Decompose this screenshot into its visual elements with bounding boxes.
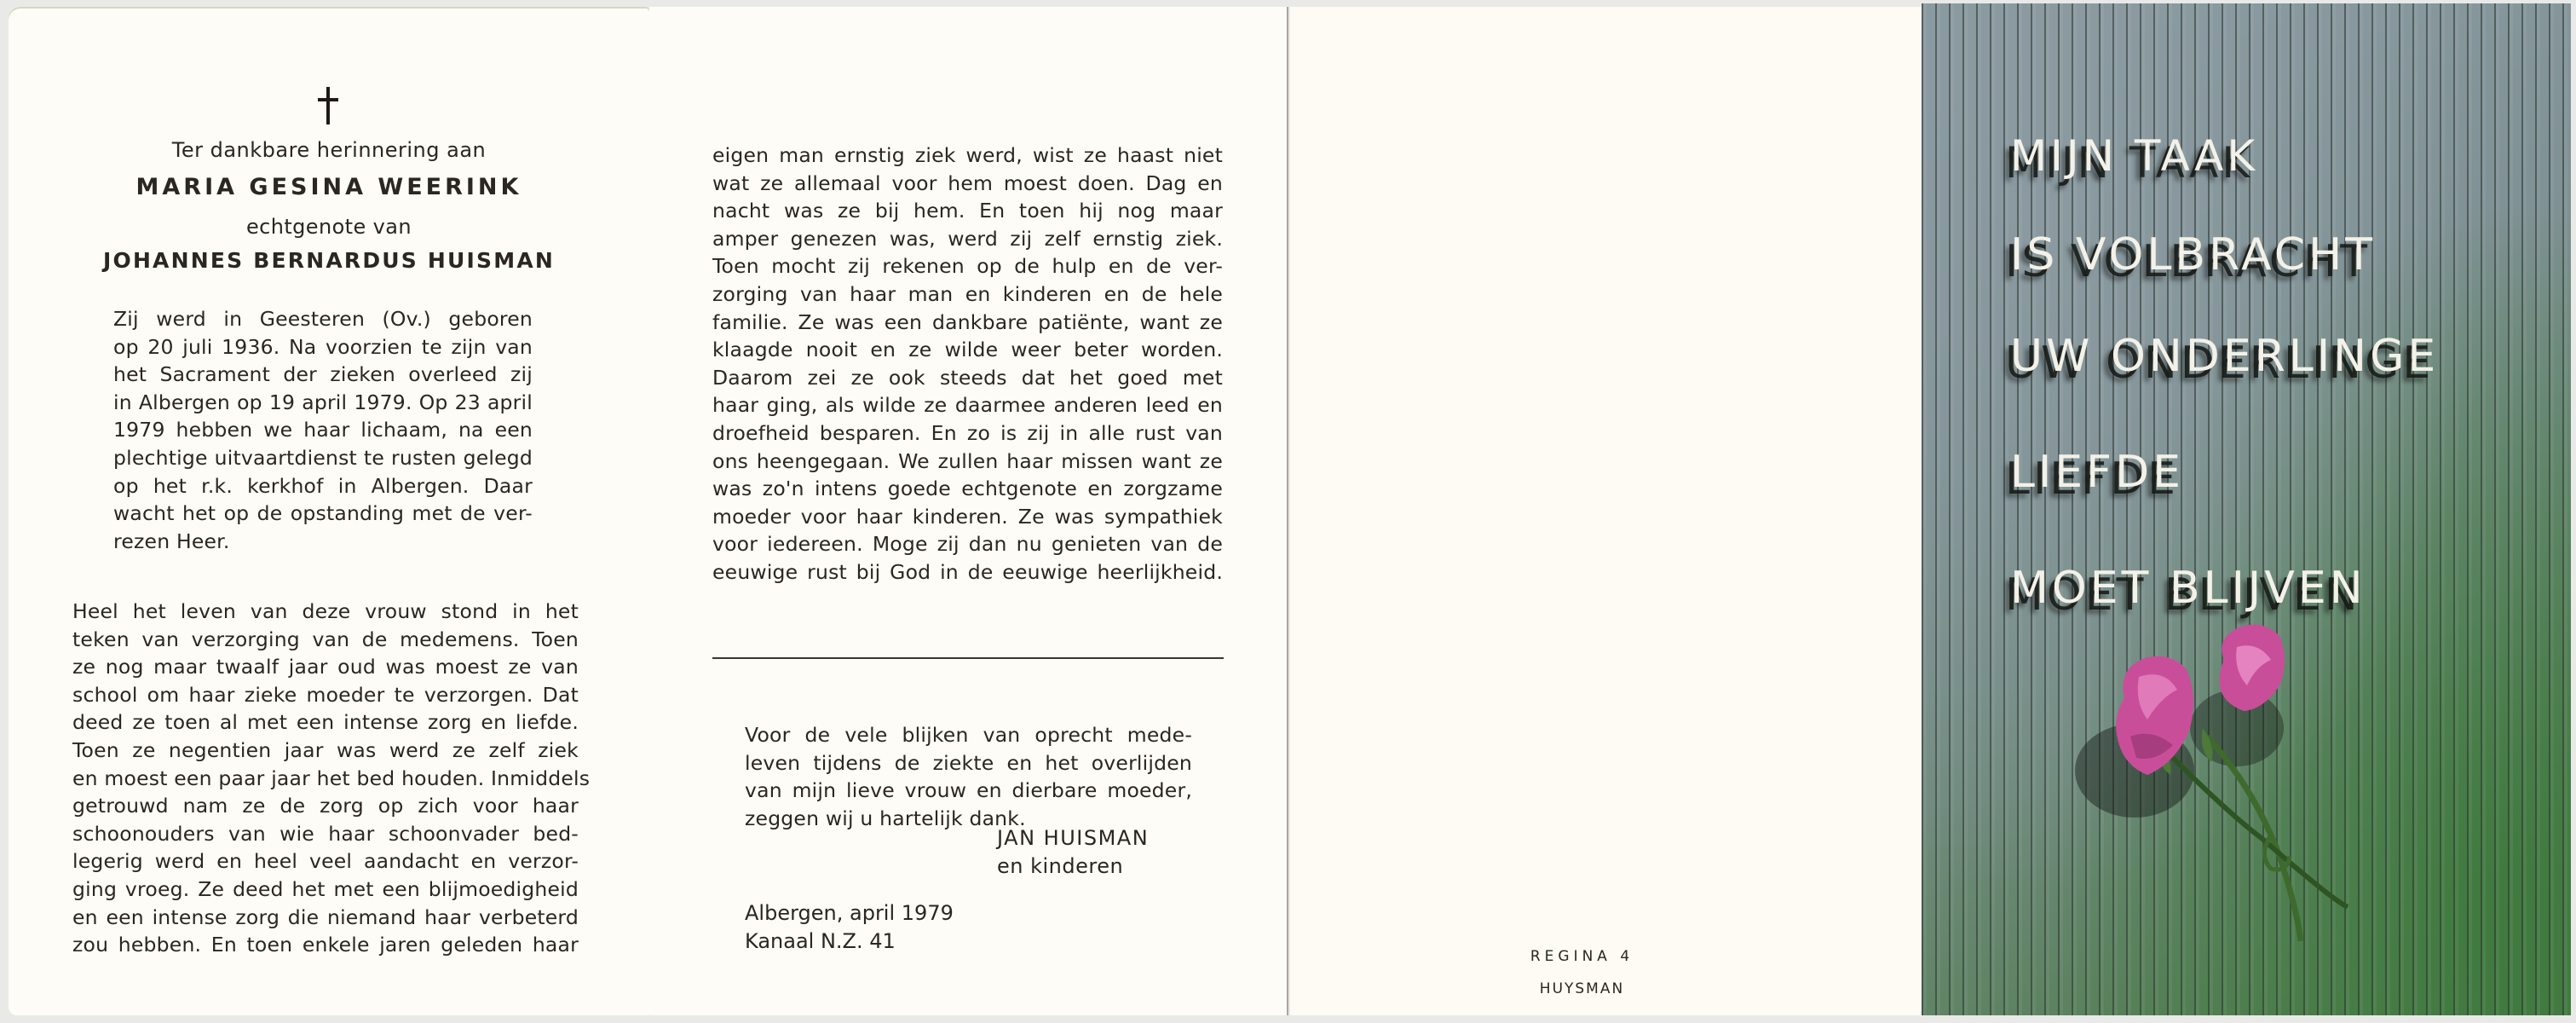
verse-line: LIEFDE [2010,447,2184,498]
text-line: amper genezen was, werd zij zelf ernstig… [712,225,1223,253]
card-panel-obituary: Ter dankbare herinnering aan MARIA GESIN… [9,7,649,1015]
text-line: ze nog maar twaalf jaar oud was moest ze… [72,653,579,681]
signoff: JAN HUISMAN en kinderen [997,824,1149,881]
spouse-name: JOHANNES BERNARDUS HUISMAN [9,248,649,273]
text-line: het Sacrament der zieken overleed zij [113,361,533,389]
divider-line [712,657,1224,659]
address: Kanaal N.Z. 41 [745,928,954,956]
text-line: Voor de vele blijken van oprecht mede- [745,721,1192,749]
place-and-address: Albergen, april 1979 Kanaal N.Z. 41 [745,899,954,956]
text-line: eeuwige rust bij God in de eeuwige heerl… [712,558,1223,587]
text-line: zou hebben. En toen enkele jaren geleden… [72,931,579,959]
card-panel-cover: MIJN TAAK IS VOLBRACHT UW ONDERLINGE LIE… [1922,3,2571,1015]
text-line: getrouwd nam ze de zorg op zich voor haa… [72,792,579,820]
verse-line: IS VOLBRACHT [2010,229,2376,280]
text-line: en moest een paar jaar het bed houden. I… [72,765,579,793]
life-story-paragraph: Heel het leven van deze vrouw stond in h… [72,598,579,959]
verse-line: MOET BLIJVEN [2010,563,2366,614]
text-line: moeder voor haar kinderen. Ze was sympat… [712,503,1223,531]
text-line: 1979 hebben we haar lichaam, na een [113,416,533,444]
text-line: wat ze allemaal voor hem moest doen. Dag… [712,170,1223,198]
text-line: teken van verzorging van de medemens. To… [72,626,579,654]
text-line: schoonouders van wie haar schoonvader be… [72,820,579,848]
text-line: familie. Ze was een dankbare patiënte, w… [712,309,1223,337]
deceased-name: MARIA GESINA WEERINK [9,174,649,200]
thanks-paragraph: Voor de vele blijken van oprecht mede- l… [745,721,1192,832]
text-line: haar ging, als wilde ze daarmee anderen … [712,391,1223,419]
text-line: Zij werd in Geesteren (Ov.) geboren [113,305,533,333]
biography-paragraph: Zij werd in Geesteren (Ov.) geboren op 2… [113,305,533,555]
verse-line: UW ONDERLINGE [2010,331,2439,382]
rose-right [2220,625,2285,711]
text-line: wacht het op de opstanding met de ver- [113,500,533,528]
cross-icon [315,87,341,124]
continuation-paragraph: eigen man ernstig ziek werd, wist ze haa… [712,142,1223,587]
text-line: rezen Heer. [113,528,533,556]
text-line: was zo'n intens goede echtgenote en zorg… [712,475,1223,503]
spouse-label: echtgenote van [9,215,649,239]
text-line: zorging van haar man en kinderen en de h… [712,280,1223,309]
text-line: school om haar zieke moeder te verzorgen… [72,681,579,709]
signoff-sub: en kinderen [997,852,1149,881]
text-line: plechtige uitvaartdienst te rusten geleg… [113,444,533,472]
text-line: Toen mocht zij rekenen op de hulp en de … [712,252,1223,280]
text-line: Daarom zei ze ook steeds dat het goed me… [712,364,1223,392]
text-line: ging vroeg. Ze deed het met een blijmoed… [72,876,579,904]
text-line: eigen man ernstig ziek werd, wist ze haa… [712,142,1223,170]
text-line: klaagde nooit en ze wilde weer beter wor… [712,336,1223,364]
verse-line: MIJN TAAK [2010,131,2258,181]
text-line: legerig werd en heel veel aandacht en ve… [72,847,579,876]
text-line: op 20 juli 1936. Na voorzien te zijn van [113,333,533,361]
text-line: Toen ze negentien jaar was werd ze zelf … [72,737,579,765]
publisher-series: REGINA 4 [1266,948,1898,965]
text-line: nacht was ze bij hem. En toen hij nog ma… [712,197,1223,225]
text-line: Heel het leven van deze vrouw stond in h… [72,598,579,626]
text-line: leven tijdens de ziekte en het overlijde… [745,749,1192,777]
text-line: op het r.k. kerkhof in Albergen. Daar [113,472,533,500]
intro-text: Ter dankbare herinnering aan [9,138,649,162]
signoff-name: JAN HUISMAN [997,824,1149,852]
card-panel-continuation: eigen man ernstig ziek werd, wist ze haa… [649,7,1288,1015]
text-line: deed ze toen al met een intense zorg en … [72,708,579,737]
text-line: ons heengegaan. We zullen haar missen wa… [712,448,1223,476]
card-panel-back: REGINA 4 HUYSMAN [1290,7,1922,1015]
text-line: in Albergen op 19 april 1979. Op 23 apri… [113,389,533,417]
place-date: Albergen, april 1979 [745,899,954,928]
text-line: en een intense zorg die niemand haar ver… [72,904,579,932]
text-line: droefheid besparen. En zo is zij in alle… [712,419,1223,448]
publisher-name: HUYSMAN [1266,980,1898,997]
text-line: voor iedereen. Moge zij dan nu genieten … [712,530,1223,558]
text-line: van mijn lieve vrouw en dierbare moeder, [745,777,1192,805]
